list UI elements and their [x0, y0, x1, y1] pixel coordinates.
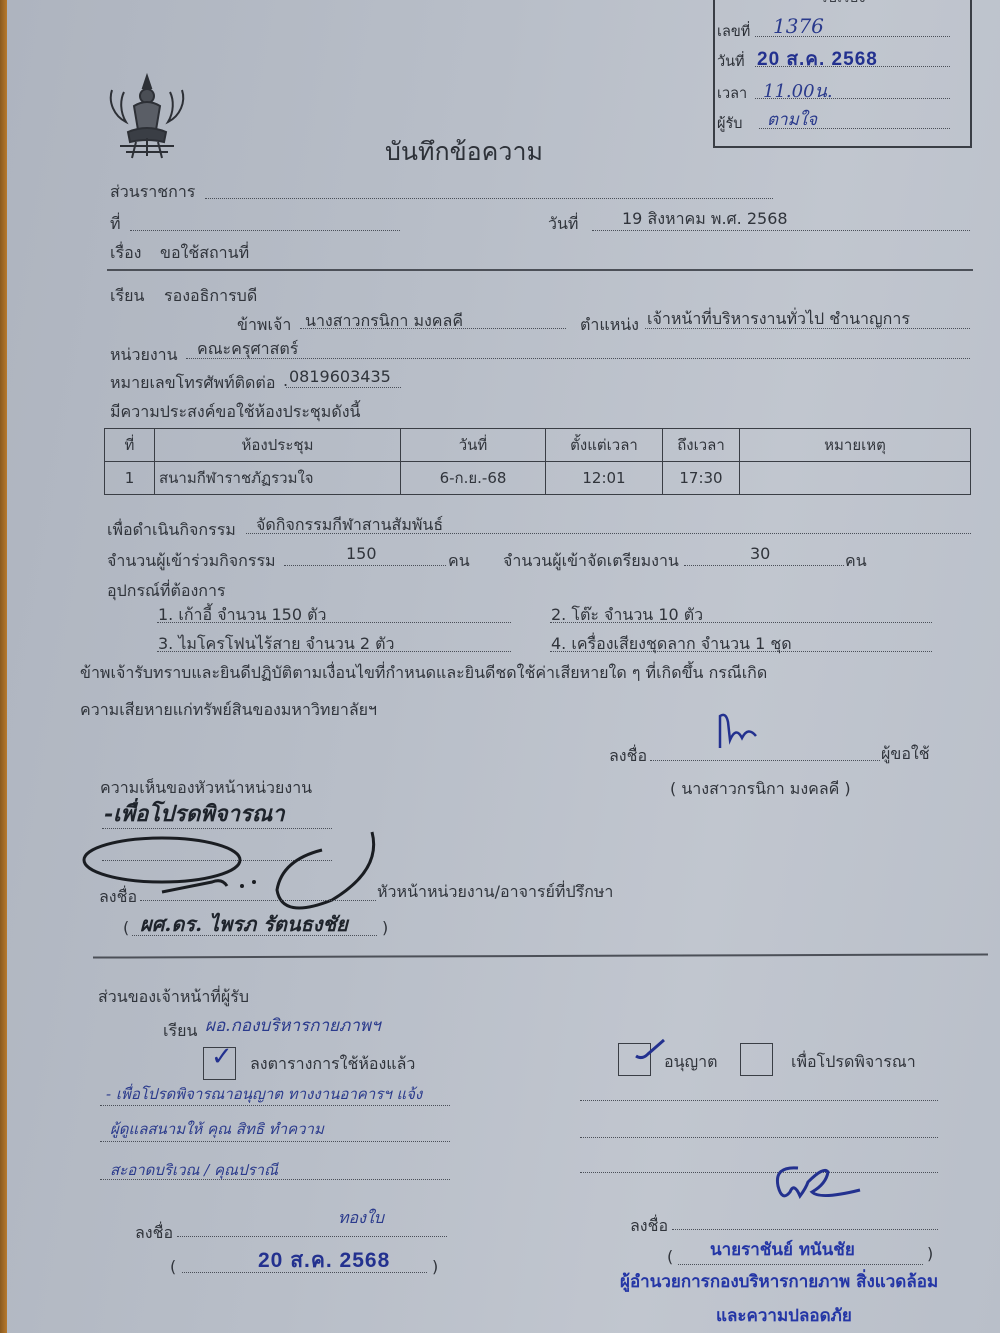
- receipt-stamp: รับเรื่อง เลขที่ 1376 วันที่ 20 ส.ค. 256…: [713, 0, 972, 148]
- head-sign-label: ลงชื่อ: [99, 885, 137, 910]
- stamp-number-value: 1376: [773, 14, 824, 38]
- equipment-label: อุปกรณ์ที่ต้องการ: [107, 579, 226, 604]
- unit-value: คณะครุศาสตร์: [197, 337, 298, 362]
- col-start-time: ตั้งแต่เวลา: [546, 429, 663, 462]
- purpose-intro: มีความประสงค์ขอใช้ห้องประชุมดังนี้: [110, 400, 360, 425]
- to-value: รองอธิการบดี: [164, 284, 257, 309]
- officer-to-value: ผอ.กองบริหารกายภาพฯ: [205, 1012, 381, 1039]
- date-label: วันที่: [548, 212, 578, 237]
- officer-note-line: - เพื่อโปรดพิจารณาอนุญาต ทางงานอาคารฯ แจ…: [106, 1082, 422, 1106]
- subject-label: เรื่อง: [110, 241, 141, 266]
- staff-value: 30: [750, 544, 770, 563]
- agency-label: ส่วนราชการ: [110, 180, 195, 205]
- staff-label: จำนวนผู้เข้าจัดเตรียมงาน: [503, 549, 679, 574]
- agreement-line-1: ข้าพเจ้ารับทราบและยินดีปฏิบัติตามเงื่อนไ…: [80, 661, 767, 686]
- director-signature: [768, 1162, 863, 1216]
- director-position-line-1: ผู้อำนวยการกองบริหารกายภาพ สิ่งแวดล้อม: [620, 1268, 938, 1295]
- officer-section-title: ส่วนของเจ้าหน้าที่ผู้รับ: [98, 985, 249, 1010]
- officer-sign-label: ลงชื่อ: [135, 1221, 173, 1246]
- col-end-time: ถึงเวลา: [663, 429, 740, 462]
- stamp-receiver-label: ผู้รับ: [717, 112, 743, 135]
- officer-signature: ทองใบ: [338, 1206, 384, 1231]
- officer-note-line: ผู้ดูแลสนามให้ คุณ สิทธิ ทำความ: [110, 1117, 324, 1141]
- page-title: บันทึกข้อความ: [385, 132, 543, 172]
- subject-value: ขอใช้สถานที่: [160, 241, 249, 266]
- scheduled-label: ลงตารางการใช้ห้องแล้ว: [250, 1052, 415, 1077]
- cell-start-time: 12:01: [546, 462, 663, 495]
- cell-remarks: [740, 462, 971, 495]
- equipment-item: 1. เก้าอี้ จำนวน 150 ตัว: [158, 603, 327, 628]
- desk-edge: [0, 0, 7, 1333]
- head-opinion-handwritten: -เพื่อโปรดพิจารณา: [104, 796, 285, 831]
- requester-value: นางสาวกรนิกา มงคลคี: [305, 309, 463, 334]
- reference-label: ที่: [110, 212, 121, 237]
- participants-label: จำนวนผู้เข้าร่วมกิจกรรม: [107, 549, 276, 574]
- officer-to-label: เรียน: [163, 1019, 197, 1044]
- date-value: 19 สิงหาคม พ.ศ. 2568: [622, 207, 788, 232]
- activity-value: จัดกิจกรรมกีฬาสานสัมพันธ์: [256, 513, 443, 538]
- stamp-time-label: เวลา: [717, 82, 747, 105]
- garuda-emblem-icon: [106, 72, 188, 160]
- col-date: วันที่: [401, 429, 546, 462]
- cell-date: 6-ก.ย.-68: [401, 462, 546, 495]
- position-label: ตำแหน่ง: [580, 313, 639, 338]
- to-label: เรียน: [110, 284, 144, 309]
- participants-value: 150: [346, 544, 377, 563]
- participants-unit: คน: [448, 549, 470, 574]
- approve-label: อนุญาต: [664, 1050, 718, 1075]
- requester-label: ข้าพเจ้า: [237, 313, 291, 338]
- requester-sign-label: ลงชื่อ: [609, 744, 647, 769]
- rooms-table: ที่ ห้องประชุม วันที่ ตั้งแต่เวลา ถึงเวล…: [104, 428, 971, 495]
- header-divider: [107, 269, 973, 271]
- head-printed-name: ผศ.ดร. ไพรภ รัตนธงชัย: [140, 908, 348, 940]
- equipment-item: 2. โต๊ะ จำนวน 10 ตัว: [551, 603, 703, 628]
- head-role-label: หัวหน้าหน่วยงาน/อาจารย์ที่ปรึกษา: [377, 880, 613, 905]
- director-printed-name: นายราชันย์ ทนันชัย: [710, 1236, 855, 1263]
- consider-label: เพื่อโปรดพิจารณา: [791, 1050, 916, 1075]
- unit-label: หน่วยงาน: [110, 343, 178, 368]
- activity-label: เพื่อดำเนินกิจกรรม: [107, 518, 236, 543]
- cell-end-time: 17:30: [663, 462, 740, 495]
- col-remarks: หมายเหตุ: [740, 429, 971, 462]
- stamp-number-label: เลขที่: [717, 20, 750, 43]
- cell-room: สนามกีฬาราชภัฏรวมใจ: [155, 462, 401, 495]
- table-header-row: ที่ ห้องประชุม วันที่ ตั้งแต่เวลา ถึงเวล…: [105, 429, 971, 462]
- officer-date-stamp: 20 ส.ค. 2568: [258, 1244, 390, 1277]
- requester-signature: [716, 712, 762, 756]
- approve-check-icon: [634, 1038, 666, 1066]
- stamp-date-label: วันที่: [717, 50, 745, 73]
- table-row: 1 สนามกีฬาราชภัฏรวมใจ 6-ก.ย.-68 12:01 17…: [105, 462, 971, 495]
- staff-unit: คน: [845, 549, 867, 574]
- check-icon: ✓: [211, 1044, 233, 1070]
- agreement-line-2: ความเสียหายแก่ทรัพย์สินของมหาวิทยาลัยฯ: [80, 698, 377, 723]
- cell-no: 1: [105, 462, 155, 495]
- col-no: ที่: [105, 429, 155, 462]
- stamp-header: รับเรื่อง: [820, 0, 866, 9]
- phone-value: 0819603435: [289, 367, 391, 386]
- consider-checkbox[interactable]: [740, 1043, 773, 1076]
- equipment-item: 3. ไมโครโฟนไร้สาย จำนวน 2 ตัว: [158, 632, 395, 657]
- col-room: ห้องประชุม: [155, 429, 401, 462]
- position-value: เจ้าหน้าที่บริหารงานทั่วไป ชำนาญการ: [647, 307, 910, 332]
- equipment-item: 4. เครื่องเสียงชุดลาก จำนวน 1 ชุด: [551, 632, 792, 657]
- requester-printed-name: ( นางสาวกรนิกา มงคลคี ): [670, 777, 851, 802]
- director-position-line-2: และความปลอดภัย: [716, 1302, 852, 1329]
- stamp-date-value: 20 ส.ค. 2568: [757, 44, 878, 74]
- stamp-time-value: 11.00น.: [763, 76, 833, 105]
- phone-label: หมายเลขโทรศัพท์ติดต่อ: [110, 371, 275, 396]
- director-sign-label: ลงชื่อ: [630, 1214, 668, 1239]
- stamp-receiver-value: ตามใจ: [767, 106, 817, 133]
- requester-role-label: ผู้ขอใช้: [881, 742, 930, 767]
